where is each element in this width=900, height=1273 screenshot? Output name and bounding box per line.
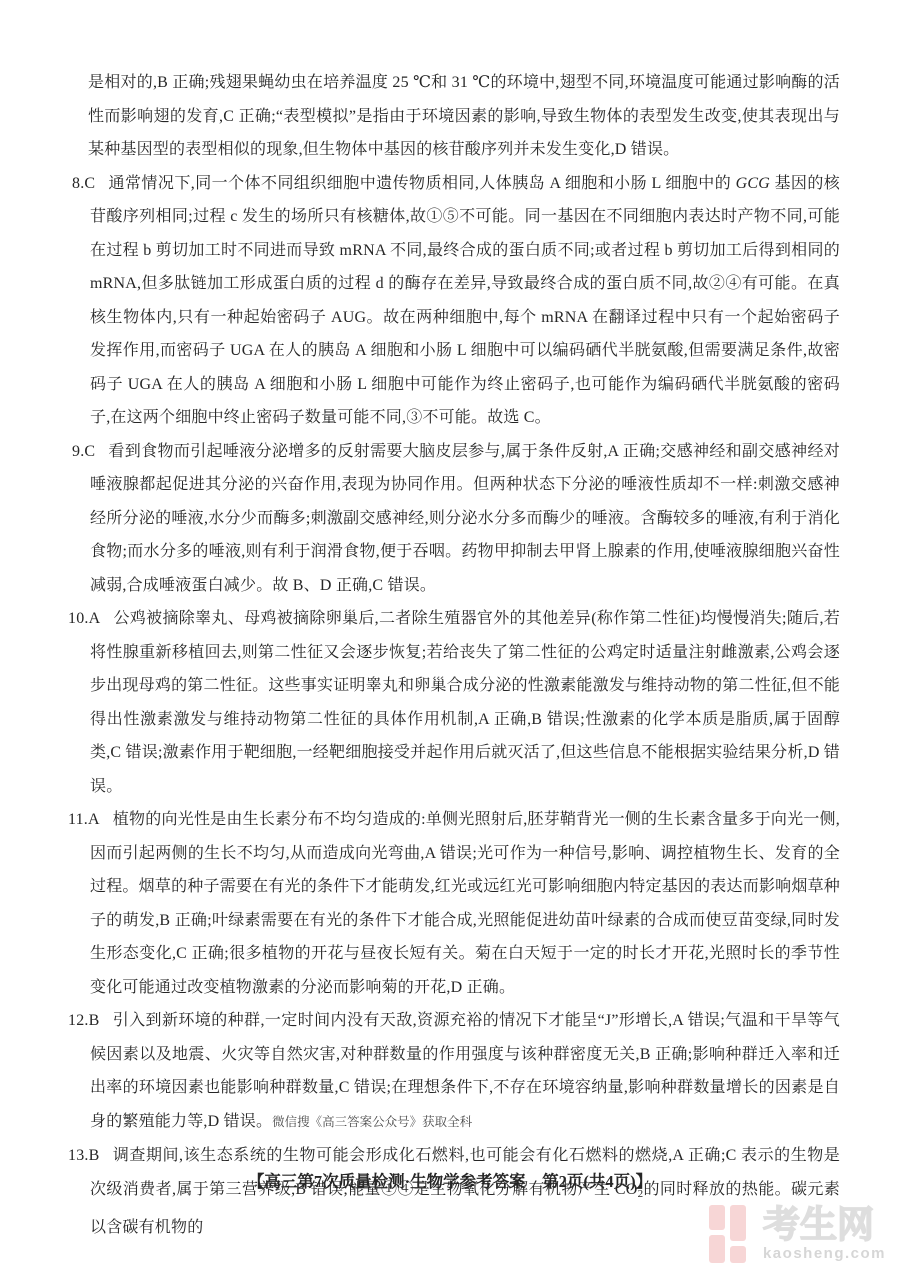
- logo-block: [709, 1205, 725, 1230]
- gene-name-italic: GCG: [736, 175, 770, 192]
- logo-block: [730, 1246, 746, 1263]
- page-footer: 【高三第7次质量检测·生物学参考答案 第2页(共4页)】: [0, 1168, 900, 1192]
- kaosheng-logo-icon: [709, 1205, 749, 1263]
- answer-number: 11.A: [68, 811, 100, 828]
- answer-text-segment: 植物的向光性是由生长素分布不均匀造成的:单侧光照射后,胚芽鞘背光一侧的生长素含量…: [90, 811, 840, 996]
- answer-sheet-page: 是相对的,B 正确;残翅果蝇幼虫在培养温度 25 ℃和 31 ℃的环境中,翅型不…: [0, 0, 900, 1273]
- answer-item-10: 10.A公鸡被摘除睾丸、母鸡被摘除卵巢后,二者除生殖器官外的其他差异(称作第二性…: [68, 602, 840, 803]
- answers-content: 是相对的,B 正确;残翅果蝇幼虫在培养温度 25 ℃和 31 ℃的环境中,翅型不…: [68, 66, 840, 1245]
- kaosheng-brand-text: 考生网: [763, 1206, 886, 1243]
- kaosheng-domain-text: kaosheng.com: [763, 1246, 886, 1262]
- logo-block: [709, 1235, 725, 1263]
- footer-text: 【高三第7次质量检测·生物学参考答案 第2页(共4页)】: [248, 1172, 652, 1191]
- kaosheng-text-group: 考生网 kaosheng.com: [763, 1206, 886, 1262]
- answer-item-9: 9.C看到食物而引起唾液分泌增多的反射需要大脑皮层参与,属于条件反射,A 正确;…: [68, 435, 840, 603]
- answer-number: 9.C: [72, 443, 95, 460]
- answer-text-segment: 引入到新环境的种群,一定时间内没有天敌,资源充裕的情况下才能呈“J”形增长,A …: [90, 1012, 840, 1130]
- intro-text: 是相对的,B 正确;残翅果蝇幼虫在培养温度 25 ℃和 31 ℃的环境中,翅型不…: [88, 74, 840, 158]
- answer-text-segment: 公鸡被摘除睾丸、母鸡被摘除卵巢后,二者除生殖器官外的其他差异(称作第二性征)均慢…: [90, 610, 840, 795]
- logo-block: [730, 1205, 746, 1241]
- answer-item-12: 12.B引入到新环境的种群,一定时间内没有天敌,资源充裕的情况下才能呈“J”形增…: [68, 1004, 840, 1139]
- answer-item-8: 8.C通常情况下,同一个体不同组织细胞中遗传物质相同,人体胰岛 A 细胞和小肠 …: [68, 167, 840, 435]
- kaosheng-watermark: 考生网 kaosheng.com: [709, 1205, 886, 1263]
- answer-number: 12.B: [68, 1012, 99, 1029]
- answer-number: 10.A: [68, 610, 100, 627]
- answer-number: 8.C: [72, 175, 95, 192]
- answer-number: 13.B: [68, 1147, 99, 1164]
- answer-text-segment: 通常情况下,同一个体不同组织细胞中遗传物质相同,人体胰岛 A 细胞和小肠 L 细…: [108, 175, 735, 192]
- answer-item-11: 11.A植物的向光性是由生长素分布不均匀造成的:单侧光照射后,胚芽鞘背光一侧的生…: [68, 803, 840, 1004]
- wechat-note-text: 微信搜《高三答案公众号》获取全科: [272, 1115, 472, 1129]
- intro-paragraph: 是相对的,B 正确;残翅果蝇幼虫在培养温度 25 ℃和 31 ℃的环境中,翅型不…: [68, 66, 840, 167]
- answer-text-segment: 基因的核苷酸序列相同;过程 c 发生的场所只有核糖体,故①⑤不可能。同一基因在不…: [90, 175, 840, 427]
- answer-text-segment: 看到食物而引起唾液分泌增多的反射需要大脑皮层参与,属于条件反射,A 正确;交感神…: [90, 443, 840, 594]
